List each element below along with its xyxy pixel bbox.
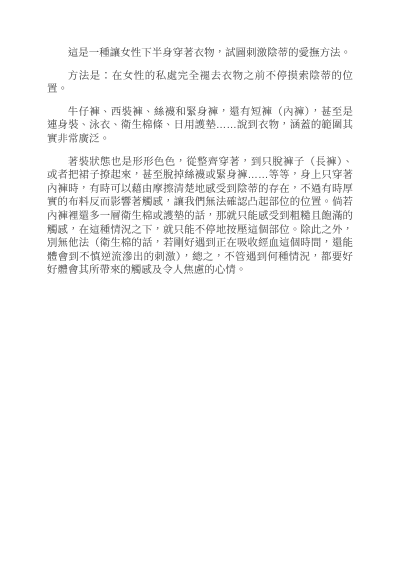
paragraph-method: 方法是：在女性的私處完全褪去衣物之前不停摸索陰蒂的位置。 xyxy=(47,70,353,97)
paragraph-dress-states: 著裝狀態也是形形色色，從整齊穿著，到只脫褲子（長褲）、或者把裙子撩起來，甚至脫掉… xyxy=(47,156,353,278)
document-page: 這是一種讓女性下半身穿著衣物，試圖刺激陰蒂的愛撫方法。 方法是：在女性的私處完全… xyxy=(0,0,400,566)
paragraph-intro: 這是一種讓女性下半身穿著衣物，試圖刺激陰蒂的愛撫方法。 xyxy=(47,47,353,61)
paragraph-clothing-types: 牛仔褲、西裝褲、絲襪和緊身褲，還有短褲（內褲），甚至是連身裝、泳衣、衛生棉條、日… xyxy=(47,106,353,147)
